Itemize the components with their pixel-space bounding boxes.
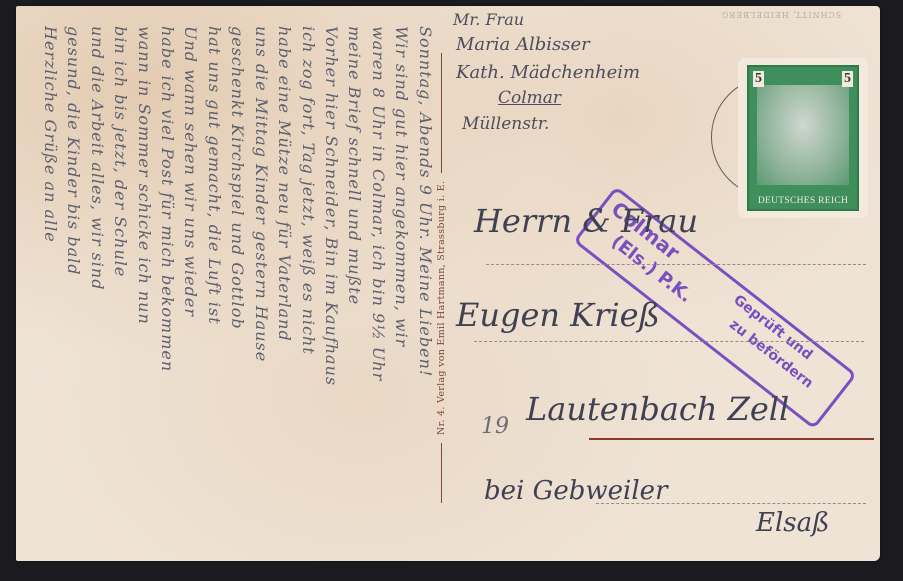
address-line-1 [486, 264, 866, 265]
message-text: habe ich viel Post für mich bekommen [158, 26, 177, 372]
message-text: Vorher hier Schneider, Bin im Kaufhaus [322, 26, 341, 386]
message-text: hat uns gut gemacht, die Luft ist [205, 26, 224, 325]
top-edge-imprint: SCHNITT, HEIDELBERG [721, 10, 841, 19]
stamp-value-right: 5 [842, 71, 853, 87]
message-text: meine Brief schnell und mußte [345, 26, 364, 305]
recipient-vicinity: bei Gebweiler [484, 476, 668, 506]
message-text: Wir sind gut hier angekommen, wir [392, 26, 411, 347]
sender-line-3: Kath. Mädchenheim [456, 62, 640, 83]
stamp-value-left: 5 [753, 71, 764, 87]
message-text: uns die Mittag Kinder gestern Hause [252, 26, 271, 362]
recipient-region: Elsaß [756, 508, 830, 538]
address-line-4 [596, 503, 866, 504]
message-text: ich zog fort, Tag jetzt, weiß es nicht [299, 26, 318, 355]
message-text: und die Arbeit alles, wir sind [88, 26, 107, 290]
postage-stamp: 5 5 DEUTSCHES REICH [738, 58, 868, 218]
message-text: wann in Sommer schicke ich nun [135, 26, 154, 325]
address-line-2 [474, 341, 864, 342]
publisher-imprint: Nr. 4. Verlag von Emil Hartmann, Strassb… [436, 71, 447, 511]
recipient-town: Lautenbach Zell [526, 390, 789, 428]
recipient-salutation: Herrn & Frau [474, 202, 698, 240]
house-number: 19 [481, 414, 509, 439]
publisher-text: Nr. 4. Verlag von Emil Hartmann, Strassb… [436, 181, 447, 435]
message-column: Herzliche Grüße an alle [38, 16, 66, 561]
sender-line-5: Müllenstr. [462, 114, 549, 134]
germania-portrait [757, 85, 849, 185]
recipient-name: Eugen Krieß [456, 296, 660, 334]
message-text: bin ich bis jetzt, der Schule [111, 26, 130, 277]
sender-line-1: Mr. Frau [453, 10, 524, 29]
sender-line-4: Colmar [498, 88, 561, 108]
address-line-3 [589, 438, 874, 440]
handwritten-message: Sonntag, Abends 9 Uhr. Meine Lieben!Wir … [38, 16, 436, 561]
message-text: Sonntag, Abends 9 Uhr. Meine Lieben! [416, 26, 435, 377]
message-text: geschenkt Kirchspiel und Gottlob [228, 26, 247, 330]
message-text: Und wann sehen wir uns wieder [181, 26, 200, 317]
sender-line-2: Maria Albisser [456, 34, 590, 55]
message-text: gesund, die Kinder bis bald [64, 26, 83, 275]
message-text: waren 8 Uhr in Colmar, ich bin 9½ Uhr [369, 26, 388, 381]
message-text: habe eine Mütze neu für Vaterland [275, 26, 294, 342]
stamp-country: DEUTSCHES REICH [751, 196, 855, 206]
message-text: Herzliche Grüße an alle [41, 26, 60, 243]
postcard: SCHNITT, HEIDELBERG Sonntag, Abends 9 Uh… [16, 6, 880, 561]
